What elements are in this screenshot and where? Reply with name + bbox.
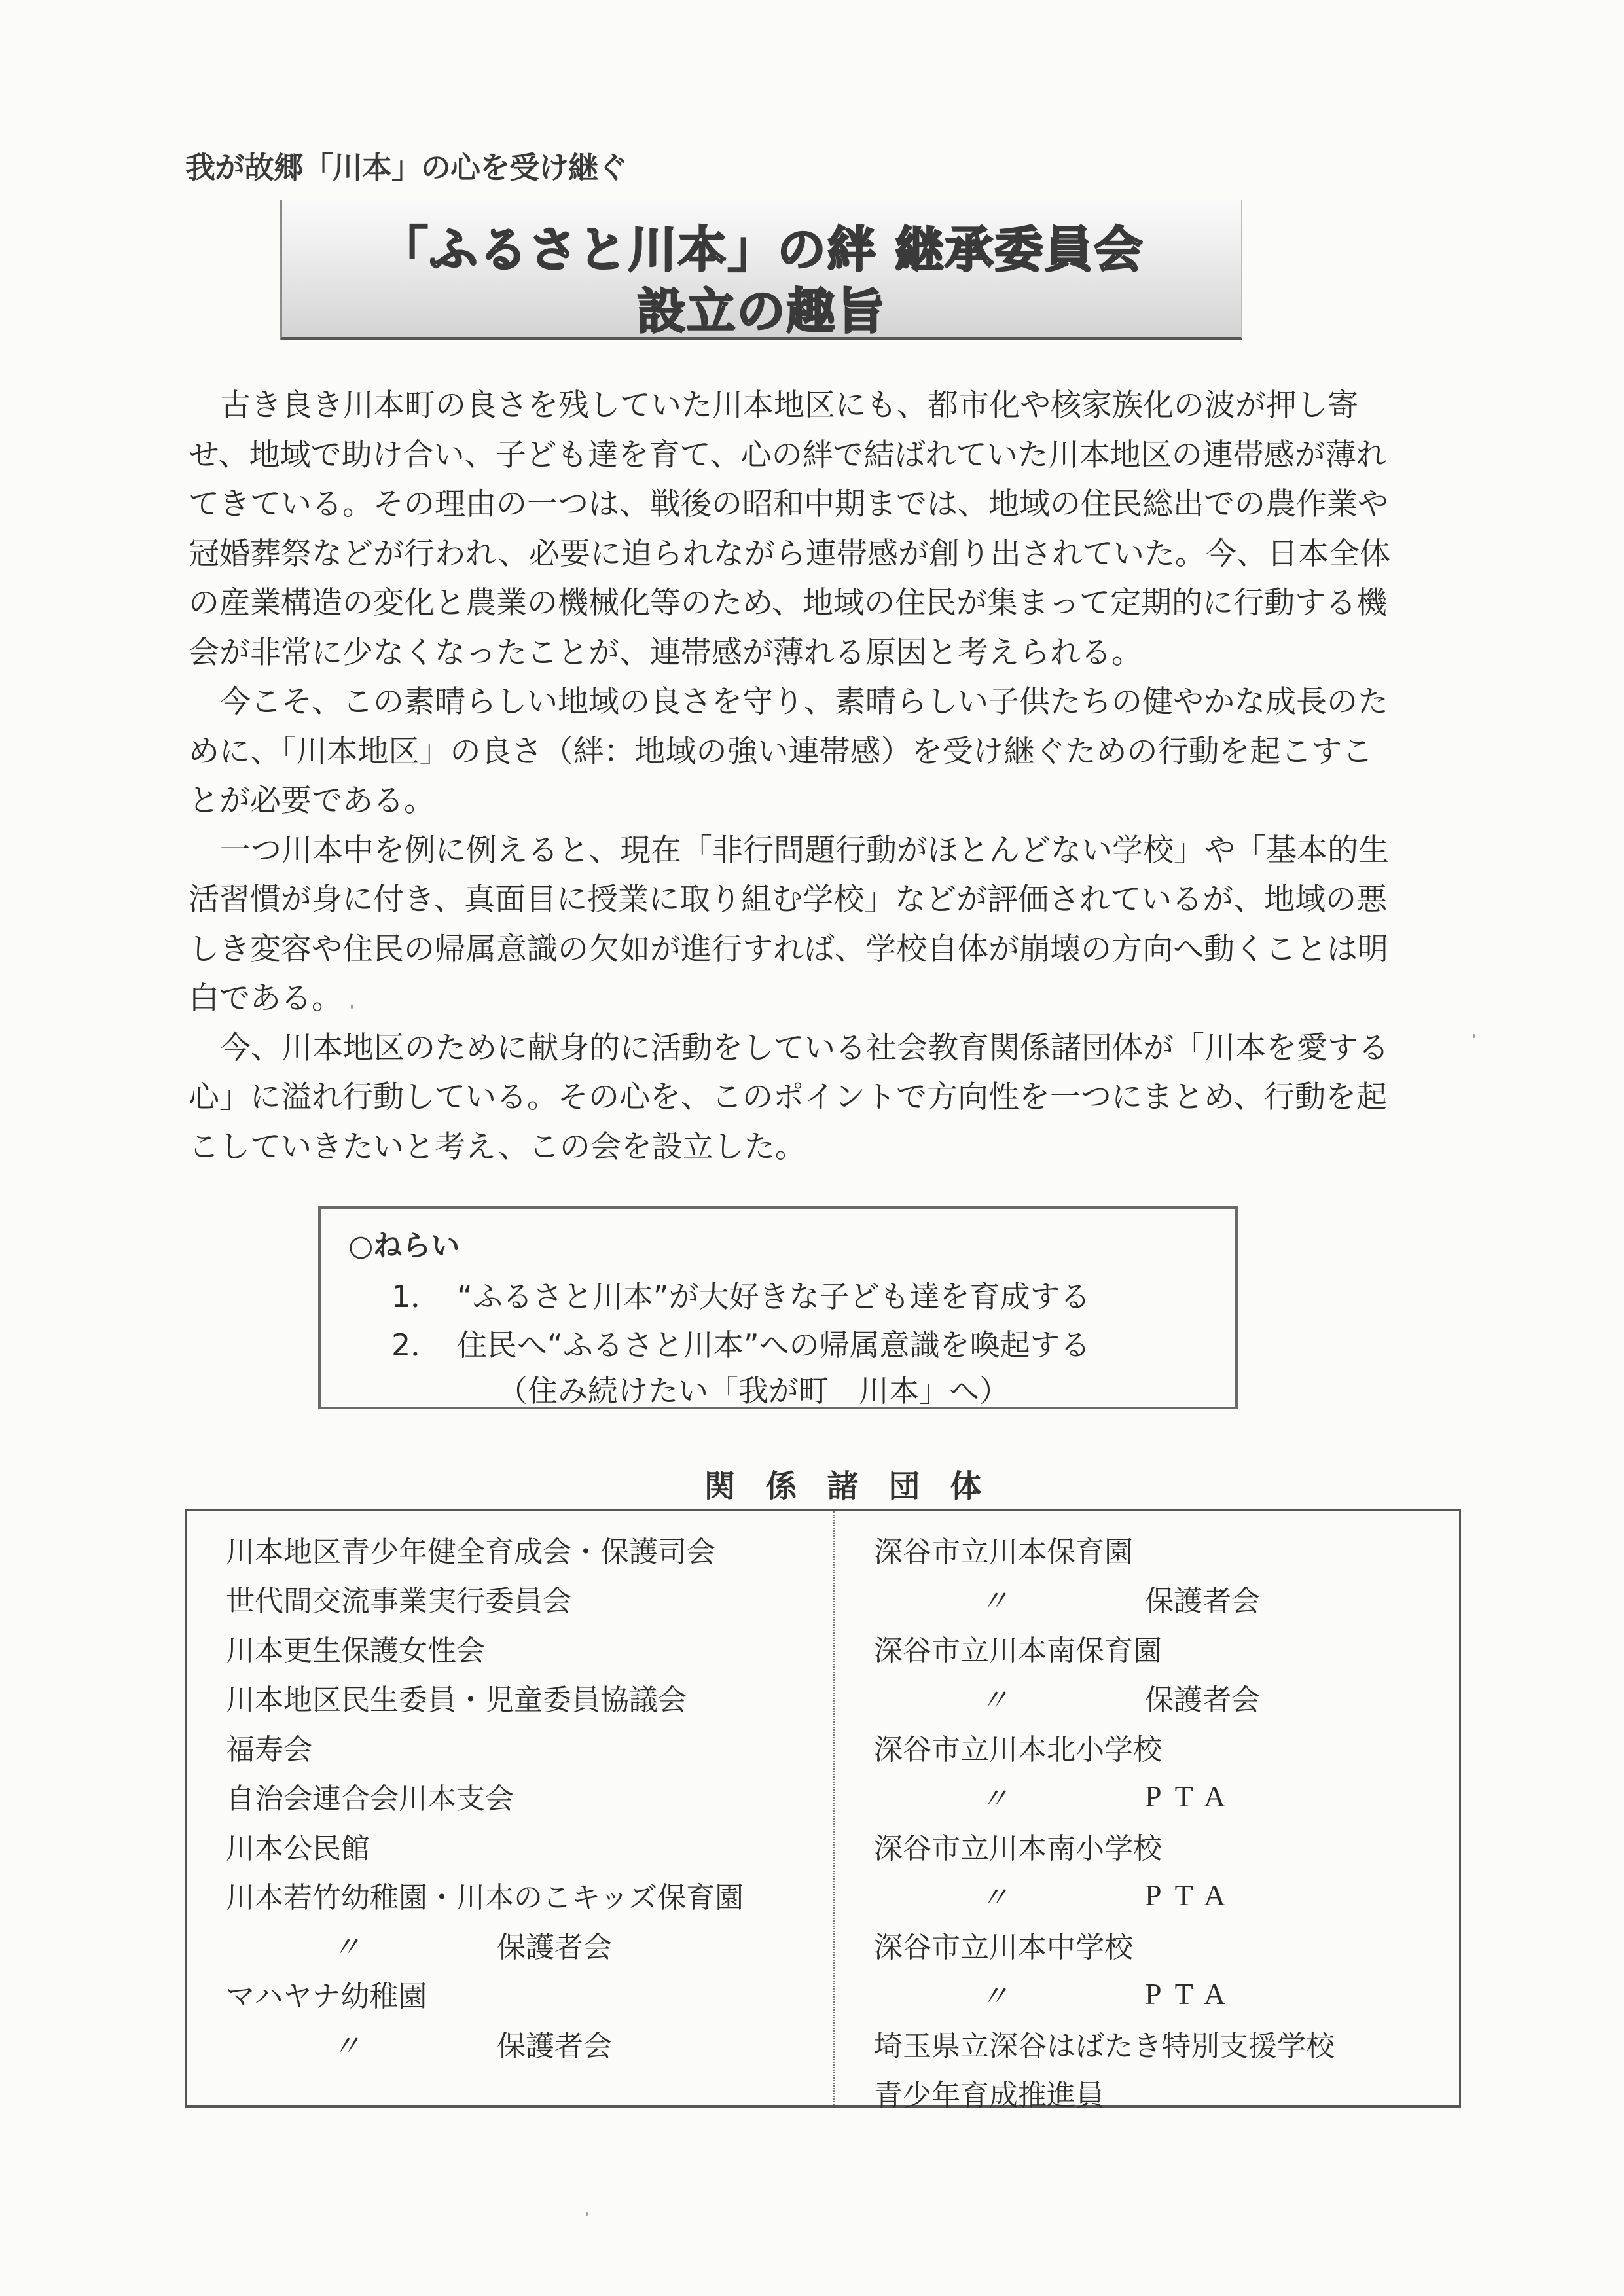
title-line-1: 「ふるさと川本」の絆 継承委員会 xyxy=(282,211,1241,281)
organization-name: 川本地区民生委員・児童委員協議会 xyxy=(226,1676,687,1718)
aim-item: 1．“ふるさと川本”が大好きな子ども達を育成する xyxy=(391,1273,1091,1316)
body-line: こしていきたいと考え、この会を設立した。 xyxy=(189,1122,1445,1172)
organization-name: 深谷市立川本南小学校 xyxy=(874,1825,1162,1867)
scan-speck xyxy=(351,1005,353,1009)
body-line: 古き良き川本町の良さを残していた川本地区にも、都市化や核家族化の波が押し寄 xyxy=(189,381,1445,431)
purpose-body: 古き良き川本町の良さを残していた川本地区にも、都市化や核家族化の波が押し寄せ、地… xyxy=(189,381,1445,1172)
organization-row: 自治会連合会川本支会 xyxy=(226,1772,744,1821)
aim-text: “ふるさと川本”が大好きな子ども達を育成する xyxy=(457,1279,1091,1314)
body-line: 一つ川本中を例に例えると、現在「非行問題行動がほとんどない学校」や「基本的生 xyxy=(189,826,1445,876)
organizations-right-column: 深谷市立川本保育園〃保護者会深谷市立川本南保育園〃保護者会深谷市立川本北小学校〃… xyxy=(874,1524,1335,2117)
organization-name: 川本公民館 xyxy=(226,1825,370,1867)
body-line: 今、川本地区のために献身的に活動をしている社会教育関係諸団体が「川本を愛する xyxy=(189,1024,1445,1073)
title-banner: 「ふるさと川本」の絆 継承委員会 設立の趣旨 xyxy=(280,200,1242,340)
organization-row: 川本若竹幼稚園・川本のこキッズ保育園 xyxy=(226,1871,744,1920)
ditto-mark: 〃 xyxy=(226,1924,497,1965)
organization-row: 〃PTA xyxy=(874,1969,1335,2019)
organization-row: 深谷市立川本北小学校 xyxy=(874,1722,1335,1772)
organization-name: 深谷市立川本北小学校 xyxy=(874,1726,1162,1768)
body-line: しき変容や住民の帰属意識の欠如が進行すれば、学校自体が崩壊の方向へ動くことは明 xyxy=(189,925,1445,975)
organization-row: 深谷市立川本保育園 xyxy=(874,1524,1335,1574)
aim-text: 住民へ“ふるさと川本”への帰属意識を喚起する xyxy=(457,1327,1091,1363)
organizations-heading: 関係諸団体 xyxy=(0,1461,1624,1506)
aim-item: 2．住民へ“ふるさと川本”への帰属意識を喚起する xyxy=(391,1321,1091,1365)
organization-row: 〃保護者会 xyxy=(874,1673,1335,1723)
body-line: 心」に溢れ行動している。その心を、このポイントで方向性を一つにまとめ、行動を起 xyxy=(189,1073,1445,1122)
organization-row: 川本更生保護女性会 xyxy=(226,1623,744,1673)
organization-name: 深谷市立川本南保育園 xyxy=(874,1627,1162,1669)
organization-name: 川本若竹幼稚園・川本のこキッズ保育園 xyxy=(226,1874,744,1916)
organization-name: 深谷市立川本保育園 xyxy=(874,1528,1133,1570)
aim-number: 1． xyxy=(391,1273,457,1316)
organization-name: 埼玉県立深谷はばたき特別支援学校 xyxy=(874,2022,1335,2064)
organizations-left-column: 川本地区青少年健全育成会・保護司会世代間交流事業実行委員会川本更生保護女性会川本… xyxy=(226,1524,744,2068)
organization-row: 川本地区青少年健全育成会・保護司会 xyxy=(226,1524,744,1574)
scan-speck xyxy=(1473,1034,1475,1038)
aims-box: ○ねらい 1．“ふるさと川本”が大好きな子ども達を育成する 2．住民へ“ふるさと… xyxy=(318,1206,1238,1409)
ditto-mark: 〃 xyxy=(226,2022,497,2064)
organization-name: 川本地区青少年健全育成会・保護司会 xyxy=(226,1528,715,1570)
organization-name: PTA xyxy=(1145,1878,1238,1912)
aims-heading: ○ねらい xyxy=(348,1222,460,1264)
organization-name: マハヤナ幼稚園 xyxy=(226,1973,427,2015)
organization-name: 保護者会 xyxy=(497,1924,612,1965)
organization-row: 世代間交流事業実行委員会 xyxy=(226,1574,744,1624)
aim-note: （住み続けたい「我が町 川本」へ） xyxy=(497,1367,1009,1410)
organization-name: 深谷市立川本中学校 xyxy=(874,1924,1133,1965)
body-line: 冠婚葬祭などが行われ、必要に迫られながら連帯感が創り出されていた。今、日本全体 xyxy=(189,529,1445,579)
document-subtitle: 我が故郷「川本」の心を受け継ぐ xyxy=(185,144,627,187)
body-line: 今こそ、この素晴らしい地域の良さを守り、素晴らしい子供たちの健やかな成長のた xyxy=(189,677,1445,727)
organization-name: PTA xyxy=(1145,1977,1238,2011)
organization-row: 深谷市立川本南保育園 xyxy=(874,1623,1335,1673)
organization-name: 保護者会 xyxy=(1145,1676,1260,1718)
ditto-mark: 〃 xyxy=(874,1676,1145,1718)
organization-row: 川本地区民生委員・児童委員協議会 xyxy=(226,1673,744,1723)
aim-number: 2． xyxy=(391,1321,457,1365)
organization-row: 〃保護者会 xyxy=(874,1574,1335,1624)
body-line: 白である。 xyxy=(189,974,1445,1024)
body-line: の産業構造の変化と農業の機械化等のため、地域の住民が集まって定期的に行動する機 xyxy=(189,579,1445,628)
organization-row: マハヤナ幼稚園 xyxy=(226,1969,744,2019)
organization-name: PTA xyxy=(1145,1779,1238,1814)
organization-row: 福寿会 xyxy=(226,1722,744,1772)
body-line: とが必要である。 xyxy=(189,776,1445,826)
organizations-table: 川本地区青少年健全育成会・保護司会世代間交流事業実行委員会川本更生保護女性会川本… xyxy=(185,1509,1461,2108)
organization-name: 川本更生保護女性会 xyxy=(226,1627,485,1669)
body-line: 活習慣が身に付き、真面目に授業に取り組む学校」などが評価されているが、地域の悪 xyxy=(189,875,1445,925)
organization-name: 自治会連合会川本支会 xyxy=(226,1775,514,1817)
body-line: せ、地域で助け合い、子ども達を育て、心の絆で結ばれていた川本地区の連帯感が薄れ xyxy=(189,431,1445,480)
ditto-mark: 〃 xyxy=(874,1973,1145,2015)
organization-name: 保護者会 xyxy=(1145,1577,1260,1619)
organization-row: 深谷市立川本南小学校 xyxy=(874,1821,1335,1871)
ditto-mark: 〃 xyxy=(874,1577,1145,1619)
organization-name: 保護者会 xyxy=(497,2022,612,2064)
organization-row: 〃PTA xyxy=(874,1772,1335,1821)
scan-speck xyxy=(586,2212,588,2216)
organization-row: 〃保護者会 xyxy=(226,1920,744,1969)
organization-row: 〃PTA xyxy=(874,1871,1335,1920)
organization-row: 埼玉県立深谷はばたき特別支援学校 xyxy=(874,2018,1335,2068)
body-line: てきている。その理由の一つは、戦後の昭和中期までは、地域の住民総出での農作業や xyxy=(189,480,1445,529)
organization-name: 青少年育成推進員 xyxy=(874,2072,1104,2113)
ditto-mark: 〃 xyxy=(874,1874,1145,1916)
organization-row: 青少年育成推進員 xyxy=(874,2068,1335,2118)
organization-row: 〃保護者会 xyxy=(226,2018,744,2068)
organization-name: 福寿会 xyxy=(226,1726,312,1768)
title-line-2: 設立の趣旨 xyxy=(282,273,1241,342)
organization-row: 川本公民館 xyxy=(226,1821,744,1871)
body-line: めに、「川本地区」の良さ（絆：地域の強い連帯感）を受け継ぐための行動を起こすこ xyxy=(189,727,1445,777)
organization-row: 深谷市立川本中学校 xyxy=(874,1920,1335,1969)
ditto-mark: 〃 xyxy=(874,1775,1145,1817)
organization-name: 世代間交流事業実行委員会 xyxy=(226,1577,571,1619)
column-divider xyxy=(833,1511,835,2105)
body-line: 会が非常に少なくなったことが、連帯感が薄れる原因と考えられる。 xyxy=(189,628,1445,678)
